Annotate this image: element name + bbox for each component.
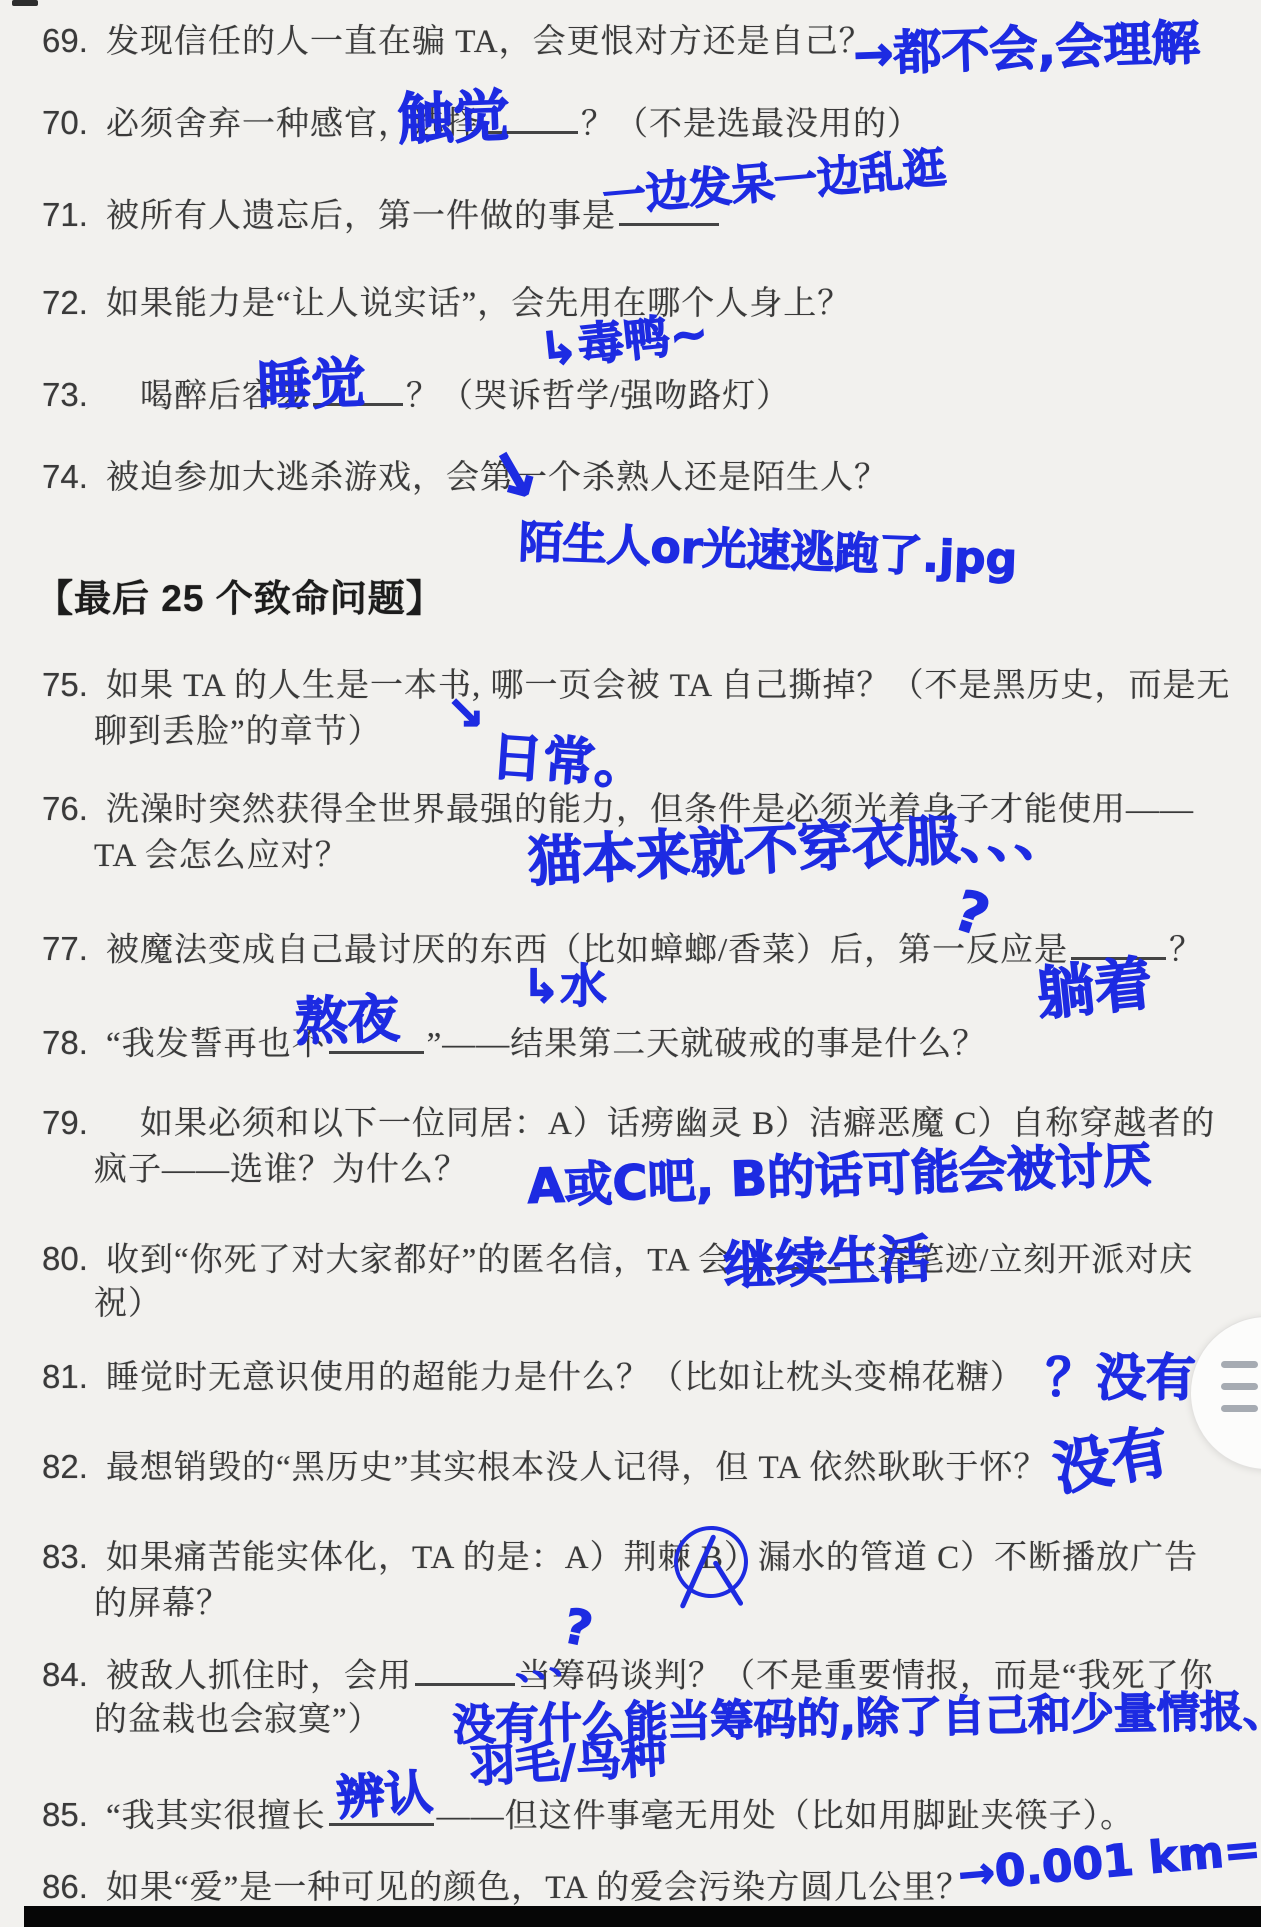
handwritten-answer-75: 日常。	[489, 714, 650, 800]
page-edge-fragment	[12, 0, 38, 6]
question-q72-line1: 72.如果能力是“让人说实话”，会先用在哪个人身上？	[42, 282, 851, 325]
question-text: 被敌人抓住时，会用	[106, 1658, 412, 1694]
question-number: 80.	[42, 1238, 92, 1279]
question-text: 如果痛苦能实体化，TA 的是：A）荆棘 B）漏水的管道 C）不断播放广告	[106, 1540, 1198, 1576]
hamburger-icon	[1221, 1383, 1258, 1390]
question-q82-line1: 82.最想销毁的“黑历史”其实根本没人记得，但 TA 依然耿耿于怀？	[42, 1446, 1047, 1489]
question-text: ？（哭诉哲学/强吻路灯）	[406, 378, 790, 414]
question-text: 的盆栽也会寂寞”）	[94, 1702, 382, 1738]
question-q74-line1: 74.被迫参加大逃杀游戏，会第一个杀熟人还是陌生人？	[42, 456, 888, 499]
handwritten-answer-69: →都不会,会理解	[852, 4, 1201, 85]
question-text: 如果能力是“让人说实话”，会先用在哪个人身上？	[106, 286, 851, 322]
question-q76-line2: TA 会怎么应对？	[94, 836, 349, 877]
question-number: 71.	[42, 194, 92, 235]
question-text: 如果 TA 的人生是一本书, 哪一页会被 TA 自己撕掉？（不是黑历史，而是无	[106, 668, 1231, 704]
question-q80-line1: 80.收到“你死了对大家都好”的匿名信，TA 会（查笔迹/立刻开派对庆	[42, 1236, 1193, 1282]
question-number: 86.	[42, 1866, 92, 1907]
question-number: 84.	[42, 1654, 92, 1695]
handwritten-answer-85-blank: 辨认	[334, 1753, 435, 1829]
handwritten-answer-70: 触觉	[396, 72, 511, 156]
document-page: 【最后 25 个致命问题】 69.发现信任的人一直在骗 TA，会更恨对方还是自己…	[0, 0, 1261, 1927]
question-q77-line1: 77.被魔法变成自己最讨厌的东西（比如蟑螂/香菜）后，第一反应是？	[42, 926, 1203, 972]
question-number: 81.	[42, 1356, 92, 1397]
handwritten-answer-82: 没有	[1046, 1404, 1175, 1507]
handwritten-answer-78: 熬夜	[294, 976, 401, 1055]
question-q83-line2: 的屏幕？	[94, 1584, 230, 1625]
question-text: 被所有人遗忘后，第一件做的事是	[106, 198, 616, 234]
question-number: 69.	[42, 20, 92, 61]
question-text: 睡觉时无意识使用的超能力是什么？（比如让枕头变棉花糖）	[106, 1360, 1024, 1396]
section-header: 【最后 25 个致命问题】	[36, 576, 444, 622]
question-text: 聊到丢脸”的章节）	[94, 714, 382, 750]
handwritten-answer-84-qmark: ?	[558, 1598, 597, 1659]
handwritten-answer-77-lying: 躺着	[1032, 936, 1156, 1032]
question-text: 疯子——选谁？为什么？	[94, 1152, 468, 1188]
hamburger-icon	[1221, 1361, 1258, 1368]
handwritten-answer-74: 陌生人or光速逃跑了.jpg	[518, 506, 1019, 587]
handwritten-answer-81: ？没有	[1046, 1338, 1196, 1410]
question-text: ？	[1169, 932, 1203, 968]
question-q86-line1: 86.如果“爱”是一种可见的颜色，TA 的爱会污染方圆几公里？	[42, 1866, 970, 1909]
handwritten-answer-77-water: ↳水	[522, 950, 607, 1016]
question-text: ”——结果第二天就破戒的事是什么？	[427, 1026, 987, 1062]
question-q84-line2: 的盆栽也会寂寞”）	[94, 1700, 382, 1741]
handwritten-answer-73: 睡觉	[256, 340, 367, 421]
question-text: ？（不是选最没用的）	[581, 106, 921, 142]
question-q81-line1: 81.睡觉时无意识使用的超能力是什么？（比如让枕头变棉花糖）	[42, 1356, 1024, 1399]
question-number: 83.	[42, 1536, 92, 1577]
question-q75-line1: 75.如果 TA 的人生是一本书, 哪一页会被 TA 自己撕掉？（不是黑历史，而…	[42, 664, 1231, 707]
question-text: ——但这件事毫无用处（比如用脚趾夹筷子）。	[437, 1798, 1135, 1834]
question-text: “我发誓再也不	[106, 1026, 326, 1062]
question-q69-line1: 69.发现信任的人一直在骗 TA，会更恨对方还是自己？	[42, 20, 873, 63]
circled-option-b	[669, 1521, 752, 1603]
question-q79-line2: 疯子——选谁？为什么？	[94, 1150, 468, 1191]
question-number: 72.	[42, 282, 92, 323]
question-text: 如果“爱”是一种可见的颜色，TA 的爱会污染方圆几公里？	[106, 1870, 970, 1906]
question-number: 70.	[42, 102, 92, 143]
question-text: 收到“你死了对大家都好”的匿名信，TA 会	[106, 1242, 732, 1278]
question-q73-line1: 73. 喝醉后容易？（哭诉哲学/强吻路灯）	[42, 372, 790, 418]
floating-menu-button[interactable]	[1190, 1316, 1261, 1470]
handwritten-answer-80: 继续生活	[722, 1217, 933, 1299]
question-q83-line1: 83.如果痛苦能实体化，TA 的是：A）荆棘 B）漏水的管道 C）不断播放广告	[42, 1536, 1198, 1579]
question-number: 82.	[42, 1446, 92, 1487]
question-q75-line2: 聊到丢脸”的章节）	[94, 712, 382, 753]
question-number: 73.	[42, 374, 92, 415]
question-text: TA 会怎么应对？	[94, 838, 349, 874]
question-number: 85.	[42, 1794, 92, 1835]
question-q85-line1: 85.“我其实很擅长——但这件事毫无用处（比如用脚趾夹筷子）。	[42, 1792, 1134, 1838]
question-q80-line2: 祝）	[94, 1284, 162, 1325]
question-number: 77.	[42, 928, 92, 969]
question-text: “我其实很擅长	[106, 1798, 326, 1834]
question-number: 74.	[42, 456, 92, 497]
question-number: 76.	[42, 788, 92, 829]
question-text: 最想销毁的“黑历史”其实根本没人记得，但 TA 依然耿耿于怀？	[106, 1450, 1047, 1486]
question-text: 的屏幕？	[94, 1586, 230, 1622]
handwritten-answer-71: 一边发呆一边乱逛	[600, 134, 948, 225]
question-text: 祝）	[94, 1286, 162, 1322]
handwritten-answer-85-detail: 羽毛/鸟种	[468, 1720, 668, 1795]
handwritten-arrow-75: ↘	[446, 686, 485, 740]
question-q78-line1: 78.“我发誓再也不”——结果第二天就破戒的事是什么？	[42, 1020, 986, 1066]
question-text: 发现信任的人一直在骗 TA，会更恨对方还是自己？	[106, 24, 873, 60]
answer-blank	[415, 1652, 515, 1686]
question-number: 78.	[42, 1022, 92, 1063]
question-number: 79.	[42, 1102, 92, 1143]
hamburger-icon	[1221, 1405, 1258, 1412]
question-number: 75.	[42, 664, 92, 705]
